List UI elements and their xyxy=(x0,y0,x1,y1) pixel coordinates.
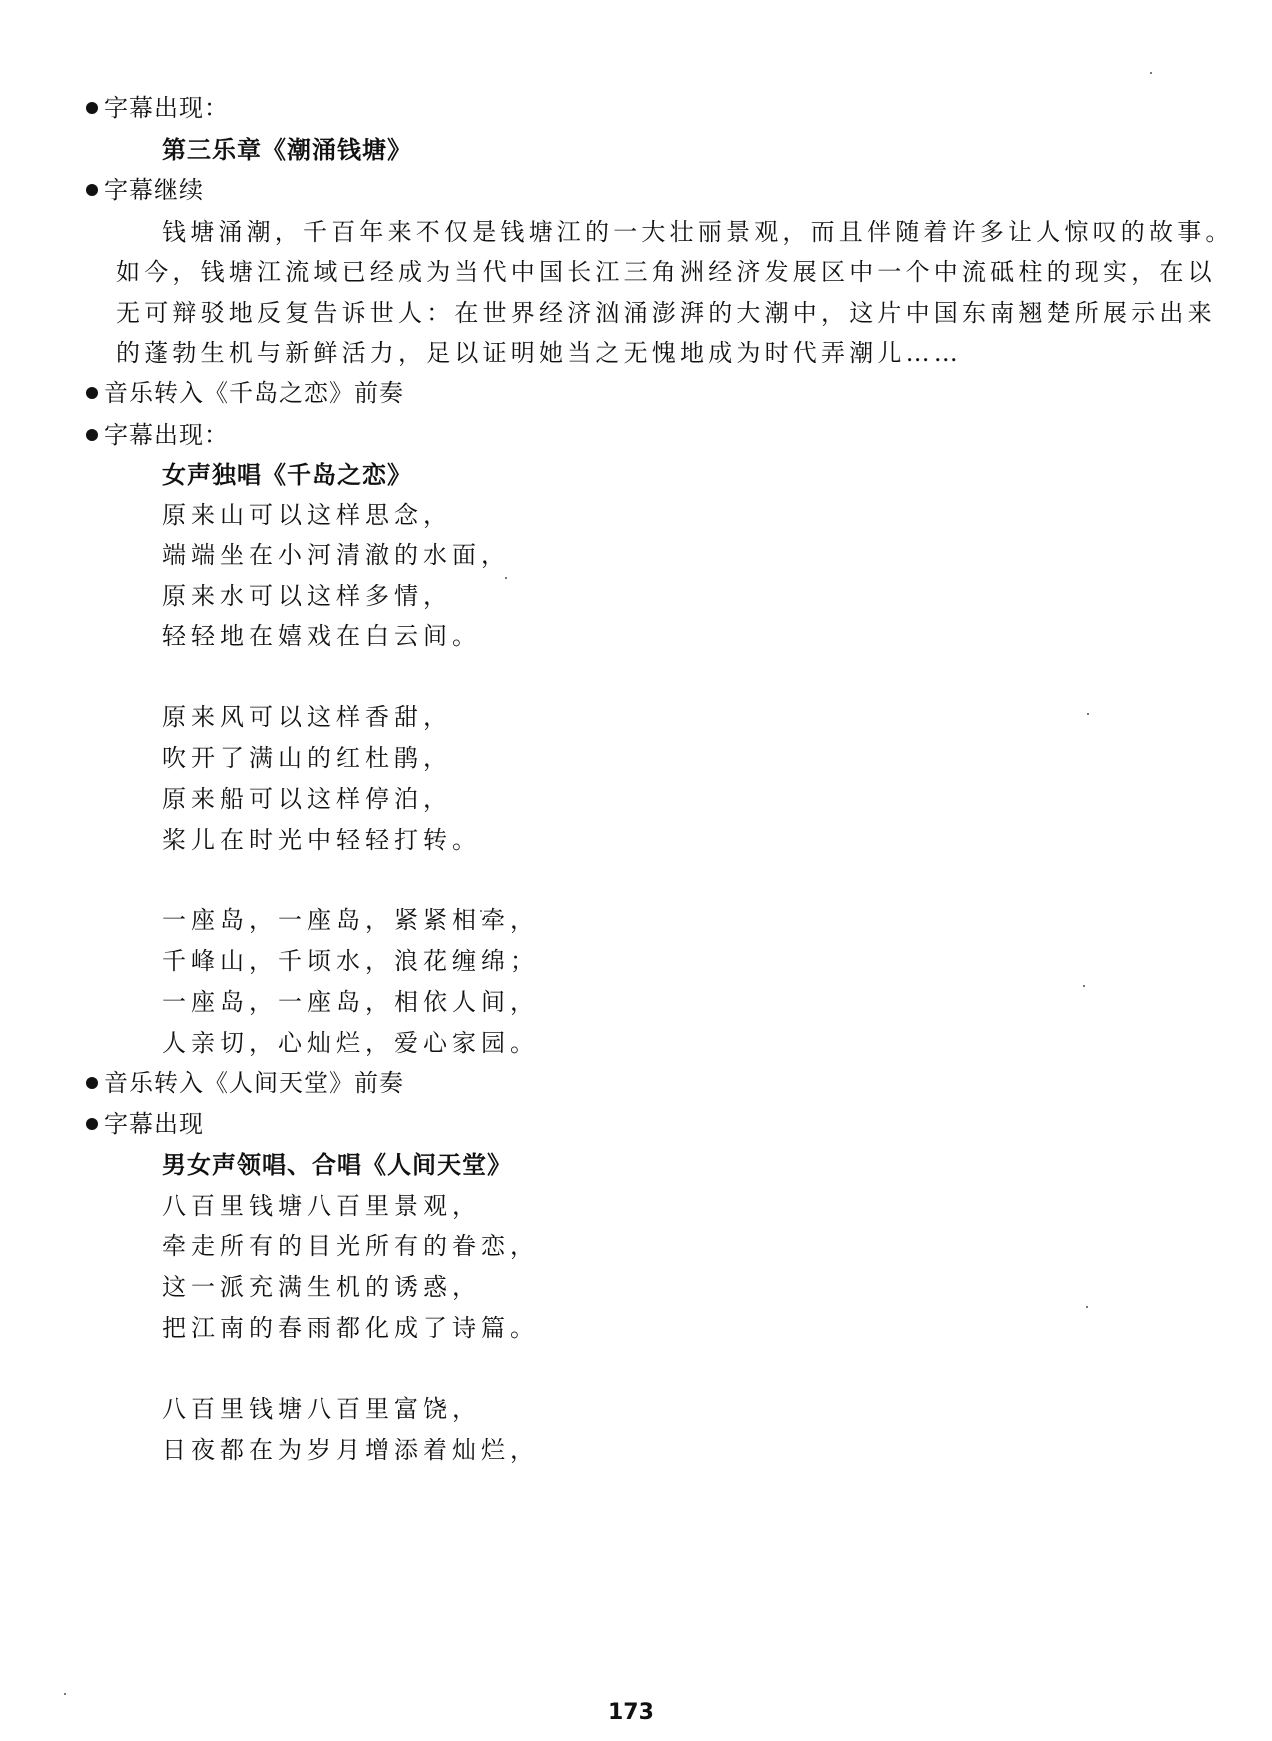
lyric-line: 日夜都在为岁月增添着灿烂， xyxy=(162,1435,539,1465)
paragraph-line: 如今，钱塘江流域已经成为当代中国长江三角洲经济发展区中一个中流砥柱的现实，在以 xyxy=(116,257,1196,287)
lyric-line: 这一派充满生机的诱惑， xyxy=(162,1272,481,1302)
lyric-line: 原来山可以这样思念， xyxy=(162,500,452,530)
lyric-line: 原来船可以这样停泊， xyxy=(162,784,452,814)
stage-direction-music-prelude: 音乐转入《千岛之恋》前奏 xyxy=(86,378,404,408)
scan-speck xyxy=(1087,713,1089,715)
paragraph-line: 无可辩驳地反复告诉世人：在世界经济汹涌澎湃的大潮中，这片中国东南翘楚所展示出来 xyxy=(116,298,1196,328)
stage-direction-subtitle-continues: 字幕继续 xyxy=(86,175,204,205)
lyric-line: 吹开了满山的红杜鹃， xyxy=(162,743,452,773)
page-number: 173 xyxy=(608,1700,654,1725)
lyric-line: 把江南的春雨都化成了诗篇。 xyxy=(162,1313,539,1343)
lyric-line: 八百里钱塘八百里景观， xyxy=(162,1191,481,1221)
stage-direction-subtitle-appears: 字幕出现： xyxy=(86,420,229,450)
bullet-icon xyxy=(86,184,98,196)
lyric-line: 原来水可以这样多情， xyxy=(162,581,452,611)
scan-speck xyxy=(1086,1306,1088,1308)
stage-direction-subtitle-appears: 字幕出现 xyxy=(86,1109,204,1139)
stage-direction-subtitle-appears: 字幕出现： xyxy=(86,93,229,123)
lyric-line: 一座岛，一座岛，紧紧相牵， xyxy=(162,905,539,935)
document-page: 字幕出现： 第三乐章《潮涌钱塘》 字幕继续 钱塘涌潮，千百年来不仅是钱塘江的一大… xyxy=(0,0,1272,1741)
lyric-line: 桨儿在时光中轻轻打转。 xyxy=(162,825,481,855)
movement-title: 第三乐章《潮涌钱塘》 xyxy=(162,135,412,165)
scan-speck xyxy=(1150,72,1152,74)
lyric-line: 端端坐在小河清澈的水面， xyxy=(162,540,510,570)
paragraph-line: 钱塘涌潮，千百年来不仅是钱塘江的一大壮丽景观，而且伴随着许多让人惊叹的故事。 xyxy=(162,217,1242,247)
lyric-line: 牵走所有的目光所有的眷恋， xyxy=(162,1231,539,1261)
bullet-icon xyxy=(86,429,98,441)
bullet-icon xyxy=(86,102,98,114)
scan-speck xyxy=(1083,985,1085,987)
lyric-line: 原来风可以这样香甜， xyxy=(162,702,452,732)
lyric-line: 千峰山，千顷水，浪花缠绵； xyxy=(162,946,539,976)
bullet-icon xyxy=(86,387,98,399)
bullet-icon xyxy=(86,1077,98,1089)
bullet-icon xyxy=(86,1118,98,1130)
scan-speck xyxy=(480,910,482,912)
lyric-line: 轻轻地在嬉戏在白云间。 xyxy=(162,621,481,651)
stage-direction-music-prelude: 音乐转入《人间天堂》前奏 xyxy=(86,1068,404,1098)
lyric-line: 八百里钱塘八百里富饶， xyxy=(162,1394,481,1424)
lyric-line: 一座岛，一座岛，相依人间， xyxy=(162,987,539,1017)
paragraph-line: 的蓬勃生机与新鲜活力，足以证明她当之无愧地成为时代弄潮儿…… xyxy=(116,338,1196,368)
lyric-line: 人亲切，心灿烂，爱心家园。 xyxy=(162,1028,539,1058)
song-title: 女声独唱《千岛之恋》 xyxy=(162,460,412,490)
scan-speck xyxy=(505,577,507,579)
scan-speck xyxy=(64,1693,66,1695)
song-title: 男女声领唱、合唱《人间天堂》 xyxy=(162,1150,512,1180)
